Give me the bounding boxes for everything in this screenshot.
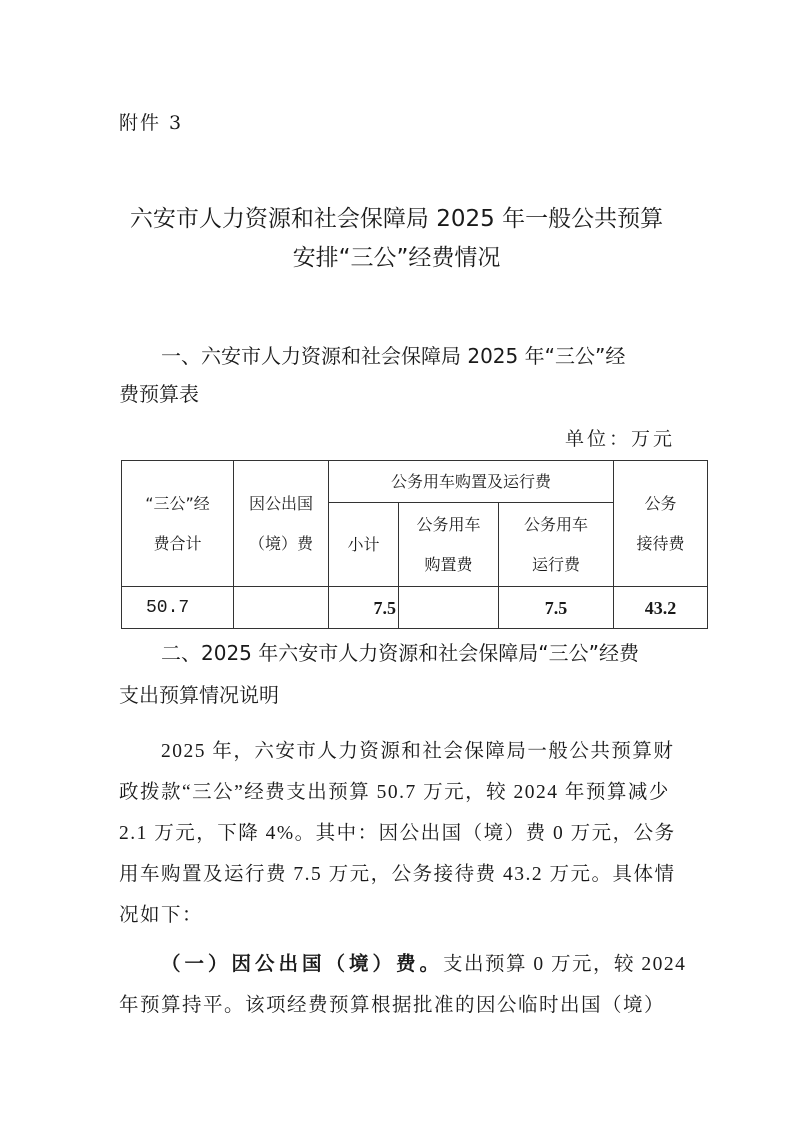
document-title-line1: 六安市人力资源和社会保障局 2025 年一般公共预算 xyxy=(0,200,793,233)
cell-abroad xyxy=(234,587,329,629)
attachment-label: 附件 3 xyxy=(119,108,183,135)
header-purchase-line2: 购置费 xyxy=(399,545,498,585)
cell-operation: 7.5 xyxy=(499,587,614,629)
section2-heading-line2: 支出预算情况说明 xyxy=(119,679,279,708)
section1-heading-line1: 一、六安市人力资源和社会保障局 2025 年“三公”经 xyxy=(161,340,625,369)
header-abroad-line1: 因公出国 xyxy=(234,484,328,524)
unit-label: 单位：万元 xyxy=(565,424,675,451)
sangong-budget-table: “三公”经 费合计 因公出国 （境）费 公务用车购置及运行费 公务 接待费 小计… xyxy=(121,460,708,629)
header-reception-line1: 公务 xyxy=(614,484,707,524)
header-total: “三公”经 费合计 xyxy=(122,461,234,587)
header-operation-line2: 运行费 xyxy=(499,545,613,585)
paragraph-line: 2025 年，六安市人力资源和社会保障局一般公共预算财 xyxy=(161,735,674,763)
header-total-line2: 费合计 xyxy=(122,524,233,564)
header-vehicle-group: 公务用车购置及运行费 xyxy=(329,461,614,503)
header-purchase-line1: 公务用车 xyxy=(399,505,498,545)
cell-reception: 43.2 xyxy=(614,587,708,629)
item1-bold-label: （一）因公出国（境）费。 xyxy=(161,952,443,975)
header-operation: 公务用车 运行费 xyxy=(499,503,614,587)
header-operation-line1: 公务用车 xyxy=(499,505,613,545)
paragraph-line: 况如下： xyxy=(119,899,203,927)
item1-line1-rest: 支出预算 0 万元，较 2024 xyxy=(443,954,686,975)
paragraph-line: 政拨款“三公”经费支出预算 50.7 万元，较 2024 年预算减少 xyxy=(119,776,670,804)
cell-total: 50.7 xyxy=(122,587,234,629)
header-purchase: 公务用车 购置费 xyxy=(399,503,499,587)
cell-subtotal: 7.5 xyxy=(329,587,399,629)
header-reception: 公务 接待费 xyxy=(614,461,708,587)
item1-line2: 年预算持平。该项经费预算根据批准的因公临时出国（境） xyxy=(119,989,665,1017)
table-row: 50.7 7.5 7.5 43.2 xyxy=(122,587,708,629)
header-abroad-line2: （境）费 xyxy=(234,524,328,564)
header-total-line1: “三公”经 xyxy=(122,484,233,524)
paragraph-line: 用车购置及运行费 7.5 万元，公务接待费 43.2 万元。具体情 xyxy=(119,858,676,886)
section2-heading-line1: 二、2025 年六安市人力资源和社会保障局“三公”经费 xyxy=(161,637,639,666)
header-subtotal: 小计 xyxy=(329,503,399,587)
header-abroad: 因公出国 （境）费 xyxy=(234,461,329,587)
paragraph-line: 2.1 万元，下降 4%。其中：因公出国（境）费 0 万元，公务 xyxy=(119,817,676,845)
item1-line1: （一）因公出国（境）费。支出预算 0 万元，较 2024 xyxy=(161,948,686,976)
document-title-line2: 安排“三公”经费情况 xyxy=(0,239,793,272)
header-reception-line2: 接待费 xyxy=(614,524,707,564)
section1-heading-line2: 费预算表 xyxy=(119,378,199,407)
cell-purchase xyxy=(399,587,499,629)
